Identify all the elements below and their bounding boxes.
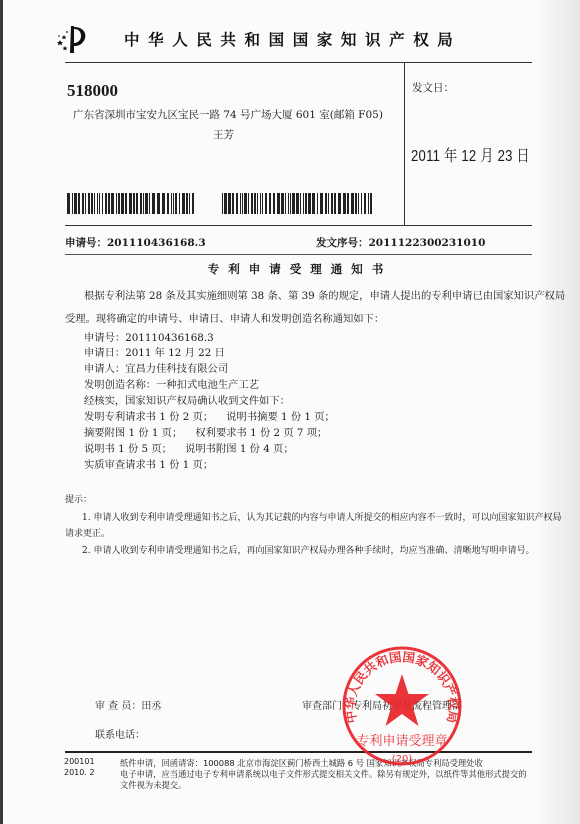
received-file-line: 说明书 1 份 5 页； 说明书附图 1 份 4 页； <box>84 442 294 456</box>
field-value: 宜昌力佳科技有限公司 <box>125 363 228 375</box>
field-label: 申请人： <box>84 363 125 375</box>
document-title: 专利申请受理通知书 <box>0 261 580 277</box>
contact-phone-label: 联系电话： <box>95 726 145 741</box>
hint-item: 1. 申请人收到专利申请受理通知书之后，认为其记载的内容与申请人所提交的相应内容… <box>82 510 561 523</box>
organization-title: 中华人民共和国国家知识产权局 <box>124 28 461 50</box>
form-code: 200101 <box>64 757 95 766</box>
application-number: 申请号：201110436168.3 <box>65 235 206 250</box>
scan-edge <box>0 0 3 824</box>
examiner-name: 田丞 <box>141 701 161 712</box>
received-file-line: 实质审查请求书 1 份 1 页； <box>84 458 213 472</box>
form-version: 2010. 2 <box>64 768 95 777</box>
field-label: 发明创造名称： <box>84 379 156 391</box>
svg-text:(20): (20) <box>392 754 413 765</box>
field-value: 2011 年 12 月 22 日 <box>125 347 225 359</box>
header-rule <box>65 62 532 63</box>
field-application-no: 申请号：201110436168.3 <box>84 331 214 345</box>
received-file-line: 摘要附图 1 份 1 页； 权利要求书 1 份 2 页 7 项； <box>84 426 327 440</box>
hint-item-continued: 请求更正。 <box>65 526 110 539</box>
field-label: 申请日： <box>84 347 125 359</box>
recipient-address: 广东省深圳市宝安九区宝民一路 74 号广场大厦 601 室(邮箱 F05) <box>73 107 383 122</box>
received-intro: 经核实，国家知识产权局确认收到文件如下： <box>84 394 290 408</box>
field-value: 201110436168.3 <box>125 332 213 344</box>
intro-paragraph-line2: 受理。现将确定的申请号、申请日、申请人和发明创造名称通知如下： <box>65 312 384 326</box>
hint-item: 2. 申请人收到专利申请受理通知书之后，再向国家知识产权局办理各种手续时，均应当… <box>82 543 534 556</box>
received-file-line: 发明专利请求书 1 份 2 页； 说明书摘要 1 份 1 页； <box>84 410 335 424</box>
svg-text:专利申请受理章: 专利申请受理章 <box>356 733 447 749</box>
ids-top-rule <box>65 225 532 226</box>
serial-number-value: 2011122300231010 <box>369 237 486 249</box>
examiner: 审 查 员：田丞 <box>95 697 161 712</box>
field-invention-title: 发明创造名称：一种扣式电池生产工艺 <box>84 378 259 392</box>
field-applicant: 申请人：宜昌力佳科技有限公司 <box>84 362 228 376</box>
application-number-label: 申请号： <box>65 237 107 249</box>
examiner-label: 审 查 员： <box>95 701 141 712</box>
hints-label: 提示： <box>65 492 92 505</box>
serial-number: 发文序号：2011122300231010 <box>316 235 485 250</box>
official-seal-icon: 中华人民共和国国家知识产权局 专利申请受理章 (20) <box>340 644 464 768</box>
column-divider <box>404 62 405 225</box>
intro-paragraph-line1: 根据专利法第 28 条及其实施细则第 38 条、第 39 条的规定，申请人提出的… <box>84 289 565 303</box>
barcode-serial <box>222 193 375 214</box>
recipient-name: 王芳 <box>213 127 234 142</box>
application-number-value: 201110436168.3 <box>107 237 206 249</box>
barcode-application <box>67 193 198 214</box>
postcode: 518000 <box>67 81 118 101</box>
scan-shade <box>535 0 580 824</box>
field-filing-date: 申请日：2011 年 12 月 22 日 <box>84 346 225 360</box>
cnipa-logo-icon <box>55 22 91 56</box>
dispatch-date: 2011 年 12 月 23 日 <box>411 143 530 166</box>
serial-number-label: 发文序号： <box>316 237 369 249</box>
footer-electronic-instruction-cont: 文件视为未提交。 <box>120 779 186 791</box>
field-label: 申请号： <box>84 332 125 344</box>
ids-bottom-rule <box>65 254 532 255</box>
field-value: 一种扣式电池生产工艺 <box>156 379 259 391</box>
dispatch-date-label: 发文日： <box>412 80 454 95</box>
